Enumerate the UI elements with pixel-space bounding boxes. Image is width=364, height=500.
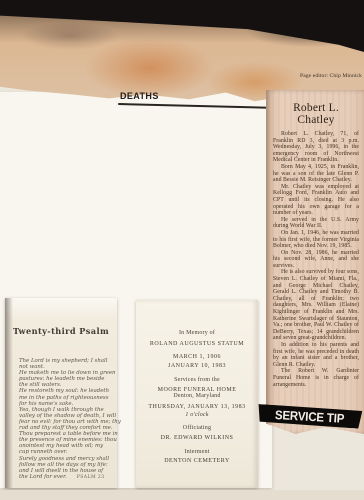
psalm-line: follow me all the days of my life: [19,462,113,468]
service-time: 1 o'clock [185,412,208,419]
psalm-attribution: Psalm 23 [77,475,105,481]
service-tip-label: SERVICE TIP [275,407,345,425]
in-memory-of-label: In Memory of [179,330,215,337]
psalm-prayer-card: Twenty-third Psalm The Lord is my shephe… [5,298,117,488]
psalm-card-text: The Lord is my shepherd; I shall not wan… [19,358,113,481]
obituary-column: Robert L. Chatley Robert L. Chatley, 71,… [266,90,364,434]
obituary-paragraph: In addition to his parents and first wif… [273,342,359,368]
page-editor-credit: Page editor: Chip Minnick [292,73,362,79]
deceased-name: ROLAND AUGUSTUS STATUM [150,341,244,348]
scanner-bottom-strip [0,490,364,500]
officiating-label: Officiating [183,425,211,432]
psalm-last-line: the Lord for ever. Psalm 23 [19,474,113,481]
services-from-label: Services from the [174,377,220,384]
memorial-service-card: In Memory of ROLAND AUGUSTUS STATUM MARC… [136,300,258,488]
obituary-paragraph: He served in the U.S. Army during World … [273,217,359,230]
obituary-paragraph: Mr. Chatley was employed at Kellogg Ford… [273,184,359,217]
psalm-line: the Lord for ever. [19,474,67,480]
scanned-clippings-page: Page editor: Chip Minnick Deaths Robert … [0,0,364,500]
interment-label: Interment [184,449,209,456]
death-date: JANUARY 10, 1983 [168,363,226,370]
service-date: THURSDAY, JANUARY 13, 1983 [148,404,245,411]
obituary-headline: Robert L. Chatley [273,102,359,126]
psalm-line: me in the paths of righteousness [19,395,113,401]
obituary-paragraph: On Jan. 1, 1946, he was married to his f… [273,230,359,250]
obituary-paragraph: Robert L. Chatley, 71, of Franklin RD 3,… [273,131,359,164]
officiant-name: DR. EDWARD WILKINS [161,435,234,442]
funeral-home-location: Denton, Maryland [173,393,220,400]
obituary-body: Robert L. Chatley, 71, of Franklin RD 3,… [273,131,359,388]
psalm-line: Yea, though I walk through the [19,407,113,413]
obituary-paragraph: The Robert W. Gardinier Funeral Home is … [273,368,359,388]
cemetery-name: DENTON CEMETERY [164,458,230,465]
deaths-section-header: Deaths [120,87,159,102]
obituary-paragraph: On Nov. 28, 1986, he married his second … [273,250,359,270]
psalm-line: Surely goodness and mercy shall [19,456,113,462]
obituary-paragraph: Born May 4, 1925, in Franklin, he was a … [273,164,359,184]
obituary-paragraph: He is also survived by four sons, Steven… [273,269,359,342]
birth-date: MARCH 1, 1906 [173,354,221,361]
psalm-card-title: Twenty-third Psalm [5,326,117,336]
psalm-line: He restoreth my soul: he leadeth [19,388,113,394]
